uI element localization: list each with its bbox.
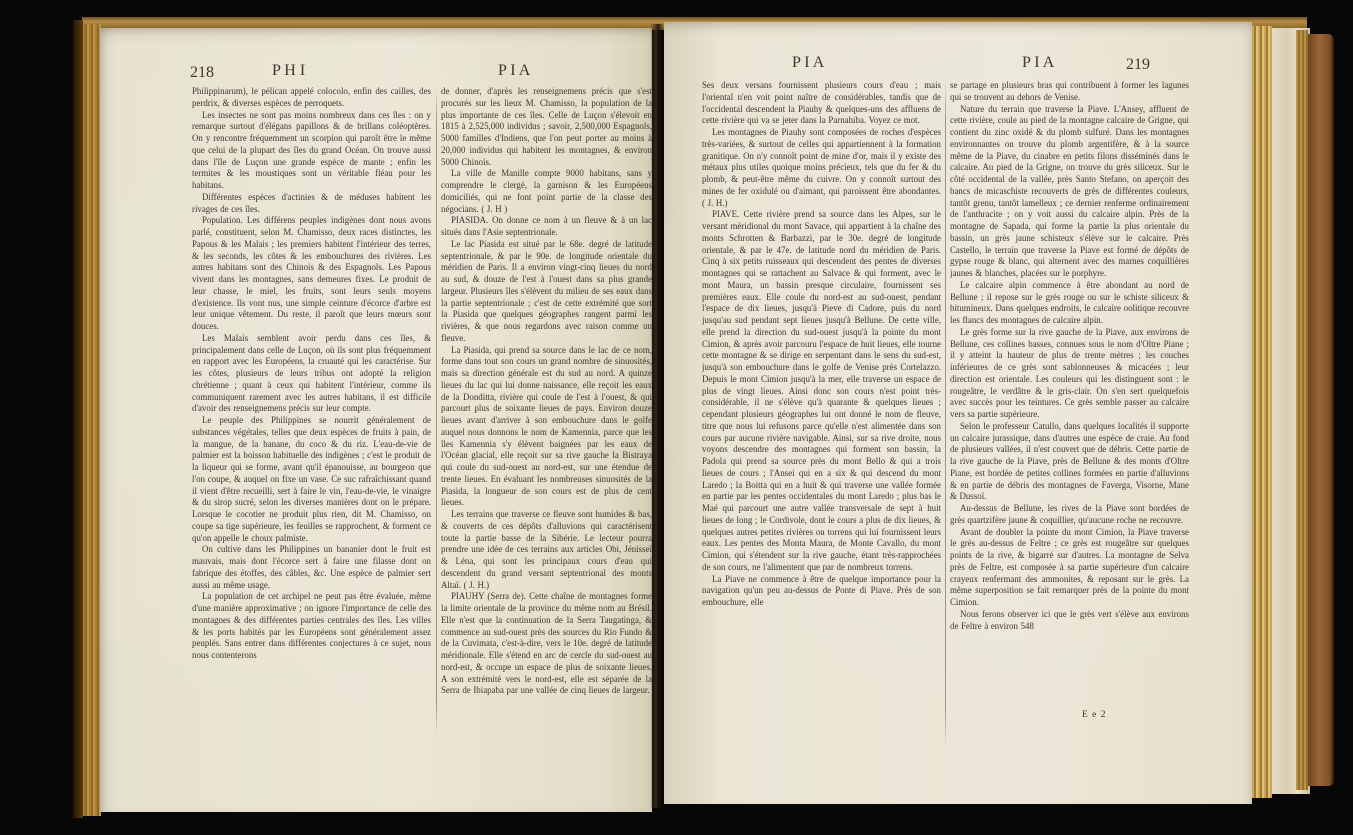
paragraph: La ville de Manille compte 9000 habitans… — [441, 168, 652, 215]
paragraph: Selon le professeur Catullo, dans quelqu… — [950, 421, 1189, 503]
right-page-column-1: Ses deux versans fournissent plusieurs c… — [702, 80, 941, 752]
running-title-left-col1: P H I — [272, 62, 305, 80]
paragraph: Philippinarum), le pélican appelé coloco… — [192, 86, 431, 110]
paragraph: Population. Les différens peuples indigè… — [192, 215, 431, 333]
book-left-cover-edge — [73, 20, 83, 818]
paragraph: PIAUHY (Serra de). Cette chaîne de monta… — [441, 591, 652, 697]
photo-background: 218 P H I P I A Philippinarum), le pélic… — [0, 0, 1353, 835]
paragraph: Au-dessus de Bellune, les rives de la Pi… — [950, 503, 1189, 527]
paragraph: Le lac Piasida est situé par le 68e. deg… — [441, 239, 652, 345]
paragraph: Les montagnes de Piauhy sont composées d… — [702, 127, 941, 209]
column-rule-left — [436, 86, 437, 738]
left-page: 218 P H I P I A Philippinarum), le pélic… — [100, 28, 652, 812]
column-rule-right — [945, 80, 946, 748]
book-right-page-stack-edge — [1252, 26, 1272, 798]
paragraph: Nature du terrain que traverse la Piave.… — [950, 104, 1189, 280]
book-right-gilt-edge — [1296, 30, 1308, 790]
paragraph: Nous ferons observer ici que le grès ver… — [950, 609, 1189, 633]
book-gutter — [650, 24, 664, 808]
paragraph: La Piave ne commence à être de quelque i… — [702, 574, 941, 609]
book-right-cover-edge — [1308, 34, 1334, 786]
paragraph: La population de cet archipel ne peut pa… — [192, 591, 431, 662]
running-title-right-col2: P I A — [1022, 54, 1054, 72]
running-title-right-col1: P I A — [792, 54, 824, 72]
paragraph: Les insectes ne sont pas moins nombreux … — [192, 110, 431, 192]
paragraph: PIAVE. Cette rivière prend sa source dan… — [702, 209, 941, 573]
page-number-left: 218 — [190, 64, 214, 82]
left-page-column-2: de donner, d'après les renseignemens pré… — [441, 86, 652, 744]
left-page-column-1: Philippinarum), le pélican appelé coloco… — [192, 86, 431, 744]
paragraph: de donner, d'après les renseignemens pré… — [441, 86, 652, 168]
page-number-right: 219 — [1126, 56, 1150, 74]
paragraph: PIASIDA. On donne ce nom à un fleuve & à… — [441, 215, 652, 239]
paragraph: Les Malais semblent avoir perdu dans ces… — [192, 333, 431, 415]
paragraph: Le grès forme sur la rive gauche de la P… — [950, 327, 1189, 421]
paragraph: Avant de doubler la pointe du mont Cimio… — [950, 527, 1189, 609]
paragraph: Le peuple des Philippines se nourrit gén… — [192, 415, 431, 544]
right-page-column-2: se partage en plusieurs bras qui contrib… — [950, 80, 1189, 722]
gutter-bottom-shadow — [636, 806, 680, 834]
running-title-left-col2: P I A — [498, 62, 530, 80]
right-page: P I A P I A 219 Ses deux versans fournis… — [664, 22, 1252, 804]
paragraph: Ses deux versans fournissent plusieurs c… — [702, 80, 941, 127]
paragraph: Le calcaire alpin commence à être abonda… — [950, 280, 1189, 327]
paragraph: On cultive dans les Philippines un banan… — [192, 544, 431, 591]
paragraph: Différentes espèces d'actinies & de médu… — [192, 192, 431, 216]
paragraph: se partage en plusieurs bras qui contrib… — [950, 80, 1189, 104]
paragraph: La Piasida, qui prend sa source dans le … — [441, 345, 652, 510]
paragraph: Les terrains que traverse ce fleuve sont… — [441, 509, 652, 591]
signature-mark: E e 2 — [1082, 710, 1107, 720]
book-left-page-stack-edge — [83, 24, 101, 816]
